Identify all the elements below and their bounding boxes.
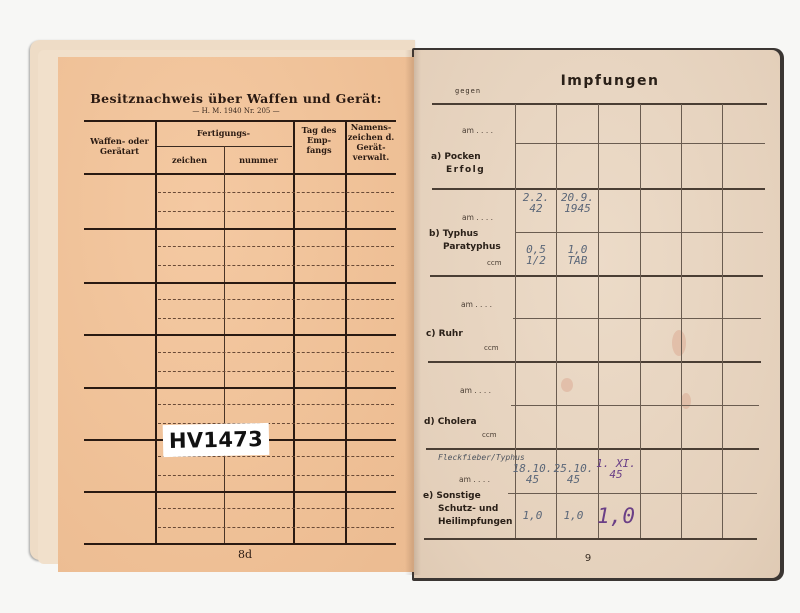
header-zeichen: zeichen <box>155 155 224 165</box>
handwritten-dose: 1,0 <box>510 510 555 521</box>
right-page-title: Impfungen <box>545 73 675 89</box>
handwritten-dose: 1,0 <box>594 505 638 527</box>
label-erfolg: Erfolg <box>446 164 485 176</box>
handwritten-note: Fleckfieber/Typhus <box>438 452 514 463</box>
table-row-rule <box>84 282 396 284</box>
header-fertigungs: Fertigungs- <box>155 128 292 138</box>
archive-label-sticker: HV1473 <box>163 423 270 457</box>
writing-line <box>158 265 394 266</box>
vacc-col-6 <box>722 104 723 538</box>
row-split-e <box>508 493 757 494</box>
stain <box>672 330 686 356</box>
label-pocken: a) Pocken <box>431 151 481 163</box>
stain <box>561 378 573 392</box>
vacc-col-5 <box>681 104 682 538</box>
writing-line <box>158 404 394 405</box>
unit-ccm-b: ccm <box>487 259 502 267</box>
row-split-c <box>513 318 761 319</box>
writing-line <box>158 475 394 476</box>
left-page-number: 8d <box>225 548 265 561</box>
row-split-b <box>515 232 763 233</box>
writing-line <box>158 299 394 300</box>
gegen-label: gegen <box>455 87 481 95</box>
left-page-title: Besitznachweis über Waffen und Gerät: <box>58 91 414 106</box>
header-nummer: nummer <box>224 155 293 165</box>
section-rule-bc <box>430 275 763 277</box>
col-divider-1 <box>155 120 157 543</box>
left-page-subtitle: — H. M. 1940 Nr. 205 — <box>58 107 414 115</box>
writing-line <box>158 508 394 509</box>
handwritten-date: 18.10. 45 <box>510 463 555 485</box>
unit-ccm-c: ccm <box>484 344 499 352</box>
weapons-equipment-table: Waffen- oder Gerätart Fertigungs- zeiche… <box>84 120 396 545</box>
label-schutz-und: Schutz- und <box>438 503 498 515</box>
label-sonstige: e) Sonstige <box>423 490 481 502</box>
writing-line <box>158 246 394 247</box>
am-label-c: am . . . . <box>461 300 492 309</box>
writing-line <box>158 527 394 528</box>
col-divider-3 <box>293 120 295 543</box>
unit-ccm-d: ccm <box>482 431 497 439</box>
handwritten-date: 2.2. 42 <box>516 192 556 214</box>
label-heilimpfungen: Heilimpfungen <box>438 516 512 528</box>
label-cholera: d) Cholera <box>424 416 477 428</box>
table-row-rule <box>84 228 396 230</box>
am-label-d: am . . . . <box>460 386 491 395</box>
header-waffen-art: Waffen- oder Gerätart <box>84 136 155 156</box>
label-typhus: b) Typhus <box>429 228 478 240</box>
handwritten-dose: 1,0 <box>551 510 596 521</box>
section-rule-de <box>426 448 759 450</box>
handwritten-date: 20.9. 1945 <box>557 192 598 214</box>
book-gutter <box>405 50 421 575</box>
right-page-number: 9 <box>578 553 598 564</box>
section-rule-top <box>432 103 767 105</box>
am-label-b: am . . . . <box>462 213 493 222</box>
am-label-a: am . . . . <box>462 126 493 135</box>
writing-line <box>158 211 394 212</box>
section-rule-cd <box>428 361 761 363</box>
section-rule-bottom <box>424 538 757 540</box>
handwritten-dose: 0,5 1/2 <box>516 244 556 266</box>
header-tag-empfangs: Tag des Emp- fangs <box>294 125 344 155</box>
col-divider-2 <box>224 146 225 543</box>
header-bottom-rule <box>84 173 396 175</box>
handwritten-date: 25.10. 45 <box>551 463 596 485</box>
header-namenszeichen: Namens- zeichen d. Gerät- verwalt. <box>346 122 396 162</box>
table-row-rule <box>84 491 396 493</box>
am-label-e: am . . . . <box>459 475 490 484</box>
table-bottom-rule <box>84 543 396 545</box>
handwritten-dose: 1,0 TAB <box>557 244 598 266</box>
writing-line <box>158 352 394 353</box>
vacc-col-4 <box>640 104 641 538</box>
label-paratyphus: Paratyphus <box>443 241 501 253</box>
label-ruhr: c) Ruhr <box>426 328 463 340</box>
table-row-rule <box>84 334 396 336</box>
handwritten-date: 1. XI. 45 <box>594 458 638 480</box>
writing-line <box>158 371 394 372</box>
table-row-rule <box>84 387 396 389</box>
writing-line <box>158 192 394 193</box>
writing-line <box>158 318 394 319</box>
col-divider-4 <box>345 120 347 543</box>
stain <box>681 393 691 409</box>
